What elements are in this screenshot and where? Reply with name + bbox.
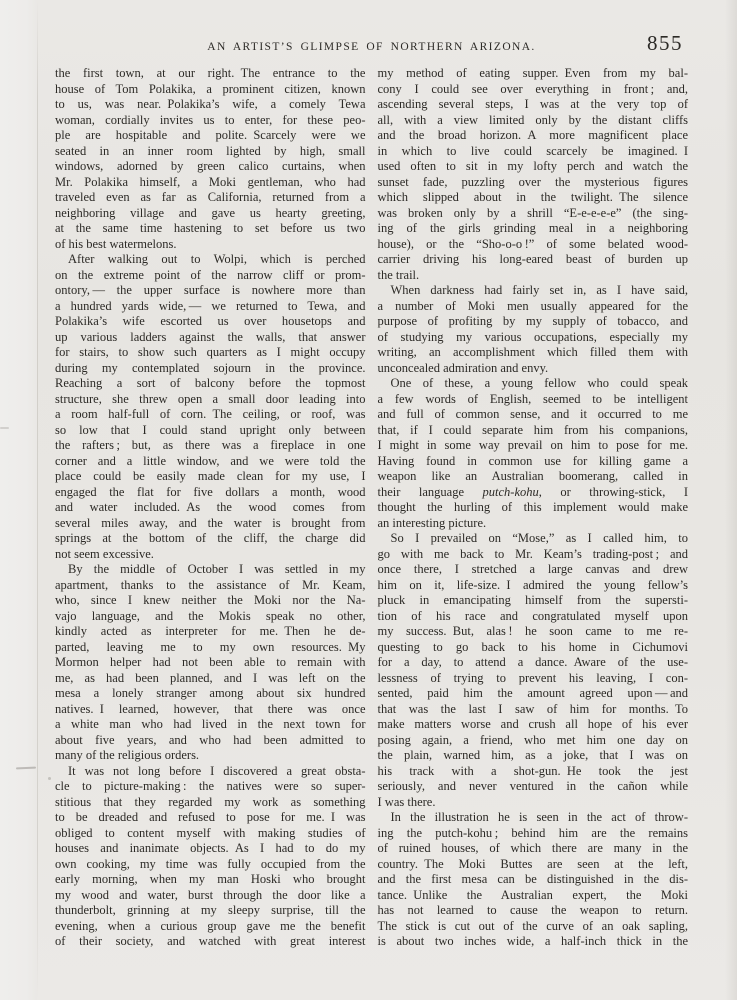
text-line: Mormon helper had not been able to remai… (55, 655, 366, 671)
text-line: When darkness had fairly set in, as I ha… (378, 283, 689, 299)
text-line: that was the last I saw of him for month… (378, 702, 689, 718)
paragraph: So I prevailed on “Mose,” as I called hi… (378, 531, 689, 810)
text-line: carrier driving his long-eared beast of … (378, 252, 689, 268)
text-line: so low that I could stand upright only b… (55, 423, 366, 439)
paragraph: In the illustration he is seen in the ac… (378, 810, 689, 950)
text-line: a number of Moki men usually appeared fo… (378, 299, 689, 315)
text-line: neighboring village and gave us hearty g… (55, 206, 366, 222)
text-line: own cooking, my time was fully occupied … (55, 857, 366, 873)
text-line: who, since I knew neither the Moki nor t… (55, 593, 366, 609)
page-left-margin (0, 0, 37, 1000)
text-line: cle to picture-making : the natives were… (55, 779, 366, 795)
text-line: corner and a little window, and we were … (55, 454, 366, 470)
paragraph: the first town, at our right. The entran… (55, 66, 366, 252)
text-line: the plain, warned him, as a joke, that I… (378, 748, 689, 764)
text-line: ascending several steps, I was at the ve… (378, 97, 689, 113)
text-line: to be dreaded and refused to pose for me… (55, 810, 366, 826)
text-line: pluck in emancipating himself from the s… (378, 593, 689, 609)
text-line: country. The Moki Buttes are seen at the… (378, 857, 689, 873)
text-line: my wood and water, burst through the doo… (55, 888, 366, 904)
text-line: the trail. (378, 268, 689, 284)
text-line: Mr. Polakika himself, a Moki gentleman, … (55, 175, 366, 191)
text-line: a room half-full of corn. The ceiling, o… (55, 407, 366, 423)
text-line: kindly acted as interpreter for me. Then… (55, 624, 366, 640)
text-line: many of the religious orders. (55, 748, 366, 764)
scanned-page: AN ARTIST’S GLIMPSE OF NORTHERN ARIZONA.… (0, 0, 737, 1000)
text-line: ontory, — the upper surface is nowhere m… (55, 283, 366, 299)
text-line: of their society, and watched with great… (55, 934, 366, 950)
text-line: posing again, a friend, who met him one … (378, 733, 689, 749)
text-line: Reaching a sort of balcony before the to… (55, 376, 366, 392)
text-line: him on it, life-size. I admired the youn… (378, 578, 689, 594)
text-line: thunderbolt, grinning at my sleepy surpr… (55, 903, 366, 919)
text-line: So I prevailed on “Mose,” as I called hi… (378, 531, 689, 547)
text-line: my success. But, alas ! he soon came to … (378, 624, 689, 640)
paragraph: When darkness had fairly set in, as I ha… (378, 283, 689, 376)
text-line: me, as had been planned, and I was left … (55, 671, 366, 687)
text-block: the first town, at our right. The entran… (55, 66, 688, 950)
scan-artifact (48, 777, 51, 780)
text-line: used often to sit in my lofty perch and … (378, 159, 689, 175)
text-line: the first town, at our right. The entran… (55, 66, 366, 82)
text-line: questing to go back to his home in Cichu… (378, 640, 689, 656)
text-line: about five years, and who had been admit… (55, 733, 366, 749)
text-line: go with me back to Mr. Keam’s trading-po… (378, 547, 689, 563)
text-line: engaged the flat for five dollars a mont… (55, 485, 366, 501)
column-right: my method of eating supper. Even from my… (378, 66, 689, 950)
text-line: house of Tom Polakika, a prominent citiz… (55, 82, 366, 98)
text-line: tion of his race and congratulated mysel… (378, 609, 689, 625)
page-right-shade (725, 0, 737, 1000)
text-line: thought the hurling of this implement wo… (378, 500, 689, 516)
paragraph: After walking out to Wolpi, which is per… (55, 252, 366, 562)
text-line: an interesting picture. (378, 516, 689, 532)
text-line: lessness of trying to prevent his leavin… (378, 671, 689, 687)
text-line: ing of the girls grinding meal in a neig… (378, 221, 689, 237)
text-line: on the extreme point of the narrow cliff… (55, 268, 366, 284)
text-line: sented, paid him the amount agreed upon … (378, 686, 689, 702)
text-line: a few words of English, seemed to be int… (378, 392, 689, 408)
paragraph: my method of eating supper. Even from my… (378, 66, 689, 283)
text-line: In the illustration he is seen in the ac… (378, 810, 689, 826)
text-line: By the middle of October I was settled i… (55, 562, 366, 578)
text-line: of his best watermelons. (55, 237, 366, 253)
text-line: that, if I could separate him from his c… (378, 423, 689, 439)
text-line: springs at the bottom of the cliff, the … (55, 531, 366, 547)
text-line: parted, leaving me to my own resources. … (55, 640, 366, 656)
text-line: up various ladders against the walls, th… (55, 330, 366, 346)
text-line: Polakika’s wife escorted us over houseto… (55, 314, 366, 330)
scan-artifact (0, 427, 9, 429)
paragraph: By the middle of October I was settled i… (55, 562, 366, 764)
text-line: I was there. (378, 795, 689, 811)
text-line: of ruined houses, of which there are man… (378, 841, 689, 857)
text-line: woman, cordially invites us to enter, fo… (55, 113, 366, 129)
text-line: and water included. As the wood comes fr… (55, 500, 366, 516)
page-number: 855 (647, 31, 683, 55)
text-line: a hundred yards wide, — we returned to T… (55, 299, 366, 315)
text-line: for stairs, to show such quarters as I m… (55, 345, 366, 361)
text-line: and full of common sense, and it occurre… (378, 407, 689, 423)
text-line: and the first mesa can be distinguished … (378, 872, 689, 888)
text-line: their language putch-kohu, or throwing-s… (378, 485, 689, 501)
text-line: One of these, a young fellow who could s… (378, 376, 689, 392)
text-line: purpose of profiting by my supply of tob… (378, 314, 689, 330)
text-line: has not learned to cause the weapon to r… (378, 903, 689, 919)
text-line: during my contemplated sojourn in the pr… (55, 361, 366, 377)
text-line: place could be easily made clean for my … (55, 469, 366, 485)
text-line: mesa a lonely stranger among about six h… (55, 686, 366, 702)
text-line: early morning, when my man Hoski who bro… (55, 872, 366, 888)
text-line: all, with a view limited only by the dis… (378, 113, 689, 129)
text-line: After walking out to Wolpi, which is per… (55, 252, 366, 268)
text-line: structure, she threw open a small door l… (55, 392, 366, 408)
text-line: is about two inches wide, a half-inch th… (378, 934, 689, 950)
text-line: houses and inanimate objects. As I had t… (55, 841, 366, 857)
text-line: tance. Unlike the Australian expert, the… (378, 888, 689, 904)
text-line: It was not long before I discovered a gr… (55, 764, 366, 780)
text-line: weapon like an Australian boomerang, cal… (378, 469, 689, 485)
paragraph: One of these, a young fellow who could s… (378, 376, 689, 531)
text-line: The stick is cut out of the curve of an … (378, 919, 689, 935)
text-line: unconcealed admiration and envy. (378, 361, 689, 377)
text-line: the rafters ; but, as there was a firepl… (55, 438, 366, 454)
text-line: at the same time hastening to set before… (55, 221, 366, 237)
text-line: house), or the “Sho-o-o !” of some belat… (378, 237, 689, 253)
column-left: the first town, at our right. The entran… (55, 66, 366, 950)
text-line: of studying my various occupations, espe… (378, 330, 689, 346)
text-line: was broken only by a shrill “E-e-e-e-e” … (378, 206, 689, 222)
text-line: in which to live could scarcely be imagi… (378, 144, 689, 160)
text-line: stitious that they regarded my work as s… (55, 795, 366, 811)
text-line: natives. I learned, however, that there … (55, 702, 366, 718)
paragraph: It was not long before I discovered a gr… (55, 764, 366, 950)
text-line: evening, when a curious group gave me th… (55, 919, 366, 935)
text-line: not seem excessive. (55, 547, 366, 563)
text-line: seated in an inner room lighted by high,… (55, 144, 366, 160)
page-edge-rule (37, 0, 38, 1000)
text-line: Having found in common use for killing g… (378, 454, 689, 470)
text-line: my method of eating supper. Even from my… (378, 66, 689, 82)
text-line: traveled even as far as California, retu… (55, 190, 366, 206)
text-line: writing, an accomplishment which filled … (378, 345, 689, 361)
text-line: vajo language, and the Mokis speak no ot… (55, 609, 366, 625)
text-line: seriously, and never ventured in the cañ… (378, 779, 689, 795)
running-head-title: AN ARTIST’S GLIMPSE OF NORTHERN ARIZONA. (55, 41, 688, 54)
text-line: sunset fade, puzzling over the mysteriou… (378, 175, 689, 191)
text-line: once there, I stretched a large canvas a… (378, 562, 689, 578)
text-line: ing the putch-kohu ; behind him are the … (378, 826, 689, 842)
text-line: a white man who had lived in the next to… (55, 717, 366, 733)
text-line: for a day, to attend a dance. Aware of t… (378, 655, 689, 671)
text-line: obliged to content myself with making st… (55, 826, 366, 842)
text-line: to us, was near. Polakika’s wife, a come… (55, 97, 366, 113)
text-line: I might in some way prevail on him to po… (378, 438, 689, 454)
text-line: his track with a shot-gun. He took the j… (378, 764, 689, 780)
text-line: several miles away, and the water is bro… (55, 516, 366, 532)
text-line: apartment, thanks to the assistance of M… (55, 578, 366, 594)
text-line: and the broad horizon. A more magnificen… (378, 128, 689, 144)
text-line: which slipped about in the twilight. The… (378, 190, 689, 206)
text-line: ple are hospitable and polite. Scarcely … (55, 128, 366, 144)
text-line: windows, adorned by green calico curtain… (55, 159, 366, 175)
text-line: cony I could see over everything in fron… (378, 82, 689, 98)
text-line: make matters worse and crush all hope of… (378, 717, 689, 733)
